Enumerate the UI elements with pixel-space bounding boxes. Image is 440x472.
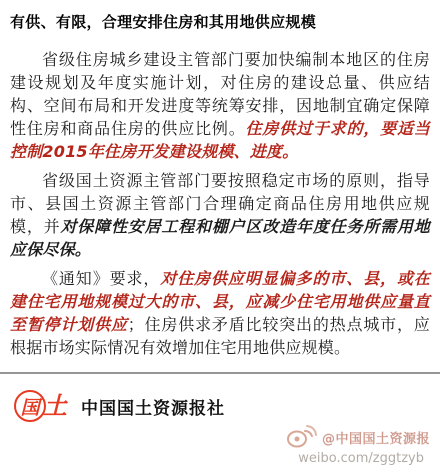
weibo-watermark-row: @中国国土资源报	[285, 429, 430, 449]
guotu-seal-logo-icon: 国 土	[14, 390, 67, 422]
paragraph-2-emphasis: 对保障性安居工程和棚户区改造年度任务所需用地应保尽保。	[10, 217, 430, 259]
paragraph-3-text-lead: 《通知》要求，	[42, 269, 160, 288]
weibo-watermark: @中国国土资源报 weibo.com/zggtzyb	[285, 429, 430, 466]
paragraph-3: 《通知》要求，对住房供应明显偏多的市、县，或在建住宅用地规模过大的市、县，应减少…	[10, 267, 430, 359]
weibo-account-name: @中国国土资源报	[322, 432, 430, 447]
paragraph-2: 省级国土资源主管部门要按照稳定市场的原则，指导市、县国土资源主管部门合理确定商品…	[10, 169, 430, 261]
weibo-url: weibo.com/zggtzyb	[285, 451, 424, 466]
weibo-eye-icon	[285, 423, 317, 449]
footer-divider	[0, 372, 440, 374]
paragraph-1: 省级住房城乡建设主管部门要加快编制本地区的住房建设规划及年度实施计划，对住房的建…	[10, 48, 430, 163]
publisher-footer: 国 土 中国国土资源报社	[14, 390, 225, 422]
publisher-name: 中国国土资源报社	[81, 394, 225, 419]
logo-side-character: 土	[43, 386, 67, 421]
article-body: 有供、有限，合理安排住房和其用地供应规模 省级住房城乡建设主管部门要加快编制本地…	[0, 0, 440, 365]
page-title: 有供、有限，合理安排住房和其用地供应规模	[10, 12, 430, 32]
logo-circle-character: 国	[14, 390, 46, 422]
article-page: 有供、有限，合理安排住房和其用地供应规模 省级住房城乡建设主管部门要加快编制本地…	[0, 0, 440, 472]
